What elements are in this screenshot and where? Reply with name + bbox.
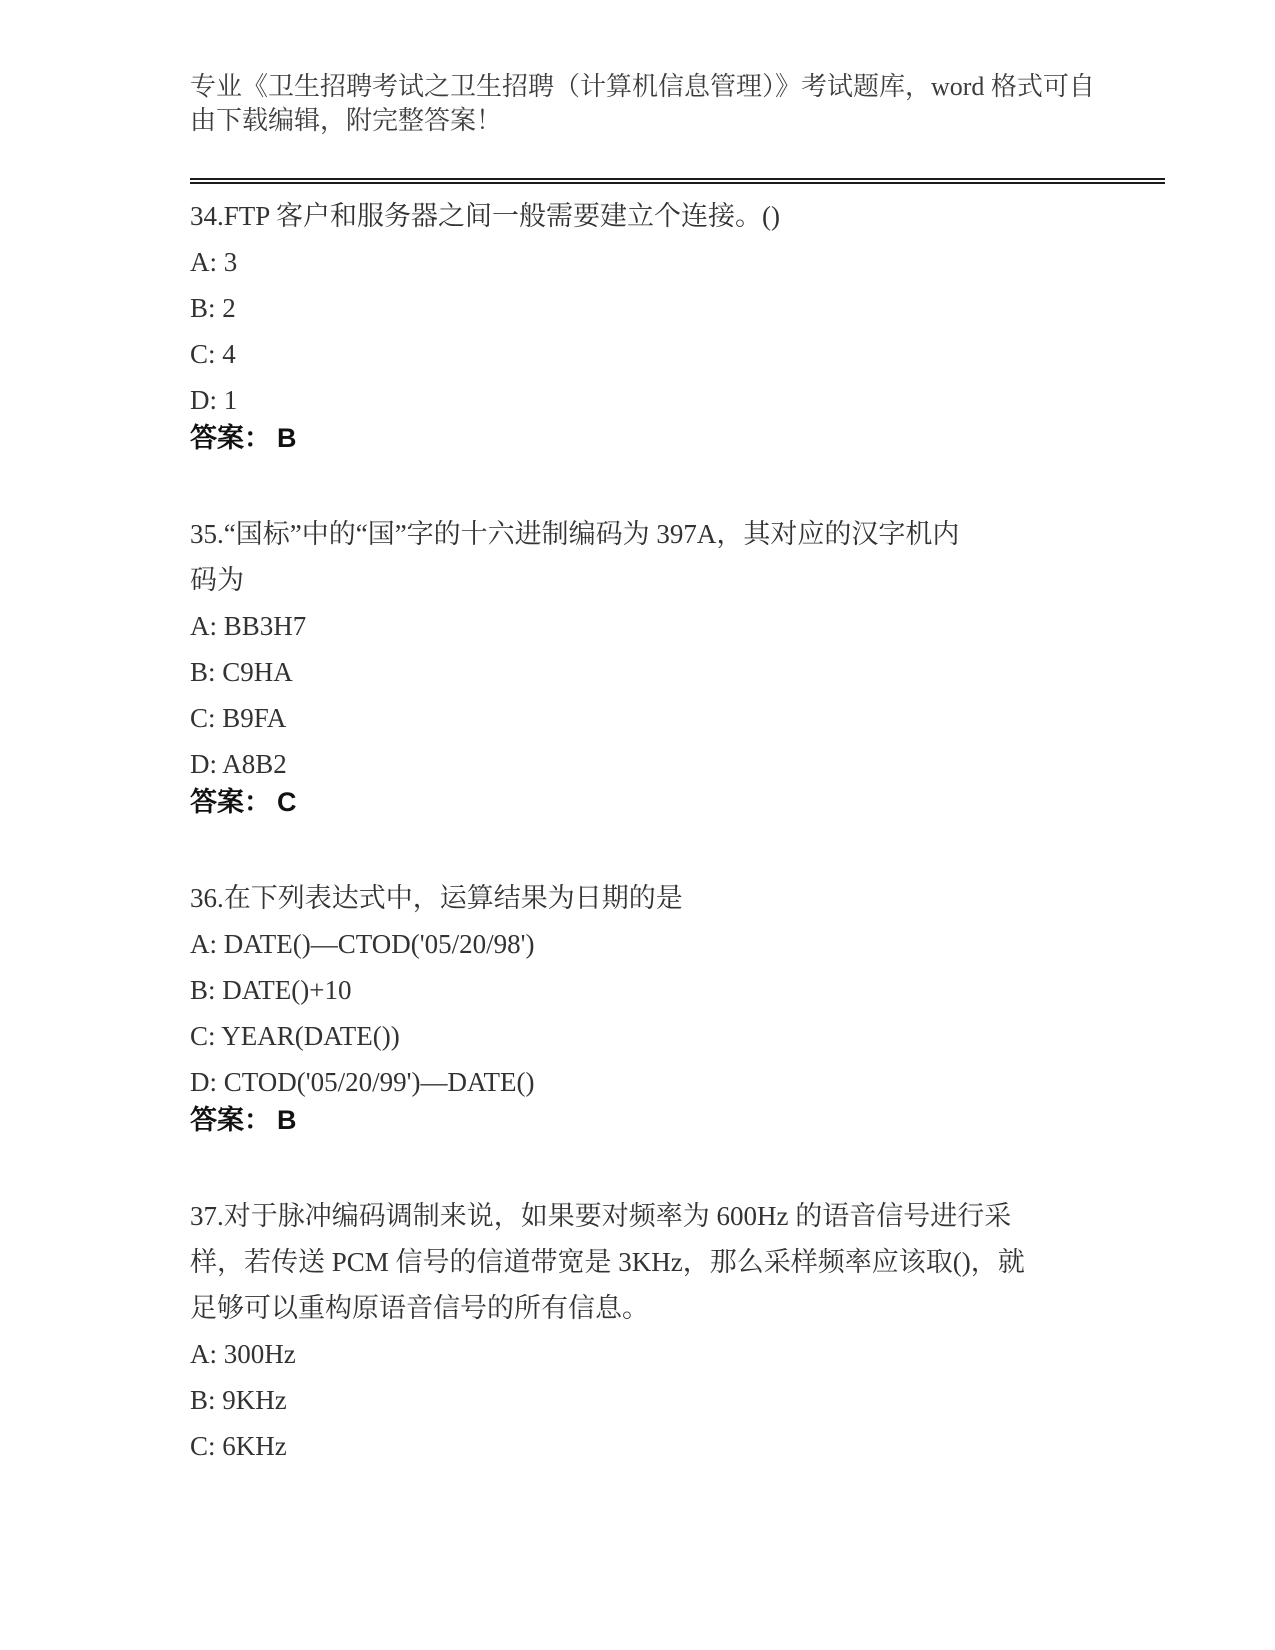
question-34: 34.FTP 客户和服务器之间一般需要建立个连接。() A: 3 B: 2 C:… (190, 193, 1165, 461)
question-list: 34.FTP 客户和服务器之间一般需要建立个连接。() A: 3 B: 2 C:… (190, 193, 1165, 1469)
page-content: 专业《卫生招聘考试之卫生招聘（计算机信息管理）》考试题库，word 格式可自 由… (190, 0, 1165, 1469)
question-37-option-a: A: 300Hz (190, 1331, 1165, 1377)
question-35-answer: 答案：C (190, 779, 1165, 825)
header-text-line-1: 专业《卫生招聘考试之卫生招聘（计算机信息管理）》考试题库，word 格式可自 (190, 70, 1165, 104)
answer-label: 答案： (190, 1105, 271, 1135)
answer-label: 答案： (190, 423, 271, 453)
question-34-answer: 答案：B (190, 415, 1165, 461)
question-37-stem-line-1: 37.对于脉冲编码调制来说，如果要对频率为 600Hz 的语音信号进行采 (190, 1193, 1165, 1239)
answer-value: B (277, 1105, 297, 1135)
question-34-option-c: C: 4 (190, 331, 1165, 377)
question-35-option-a: A: BB3H7 (190, 603, 1165, 649)
answer-label: 答案： (190, 787, 271, 817)
question-36: 36.在下列表达式中，运算结果为日期的是 A: DATE()—CTOD('05/… (190, 875, 1165, 1143)
question-37-option-b: B: 9KHz (190, 1377, 1165, 1423)
question-34-stem-line: 34.FTP 客户和服务器之间一般需要建立个连接。() (190, 193, 1165, 239)
document-header: 专业《卫生招聘考试之卫生招聘（计算机信息管理）》考试题库，word 格式可自 由… (190, 0, 1165, 138)
question-37-option-c: C: 6KHz (190, 1423, 1165, 1469)
question-35-option-b: B: C9HA (190, 649, 1165, 695)
answer-value: B (277, 423, 297, 453)
question-35-option-c: C: B9FA (190, 695, 1165, 741)
question-36-option-a: A: DATE()—CTOD('05/20/98') (190, 921, 1165, 967)
question-37-stem-line-3: 足够可以重构原语音信号的所有信息。 (190, 1285, 1165, 1331)
answer-value: C (277, 787, 297, 817)
question-34-option-a: A: 3 (190, 239, 1165, 285)
question-35: 35.“国标”中的“国”字的十六进制编码为 397A，其对应的汉字机内 码为 A… (190, 511, 1165, 825)
question-35-stem-line-2: 码为 (190, 557, 1165, 603)
question-37-stem-line-2: 样，若传送 PCM 信号的信道带宽是 3KHz，那么采样频率应该取()，就 (190, 1239, 1165, 1285)
question-37: 37.对于脉冲编码调制来说，如果要对频率为 600Hz 的语音信号进行采 样，若… (190, 1193, 1165, 1469)
question-36-stem-line: 36.在下列表达式中，运算结果为日期的是 (190, 875, 1165, 921)
header-text-line-2: 由下载编辑，附完整答案！ (190, 104, 1165, 138)
question-34-option-b: B: 2 (190, 285, 1165, 331)
question-36-option-b: B: DATE()+10 (190, 967, 1165, 1013)
question-36-option-c: C: YEAR(DATE()) (190, 1013, 1165, 1059)
document-page: 专业《卫生招聘考试之卫生招聘（计算机信息管理）》考试题库，word 格式可自 由… (0, 0, 1275, 1650)
header-divider-line (190, 178, 1165, 184)
question-35-stem-line-1: 35.“国标”中的“国”字的十六进制编码为 397A，其对应的汉字机内 (190, 511, 1165, 557)
